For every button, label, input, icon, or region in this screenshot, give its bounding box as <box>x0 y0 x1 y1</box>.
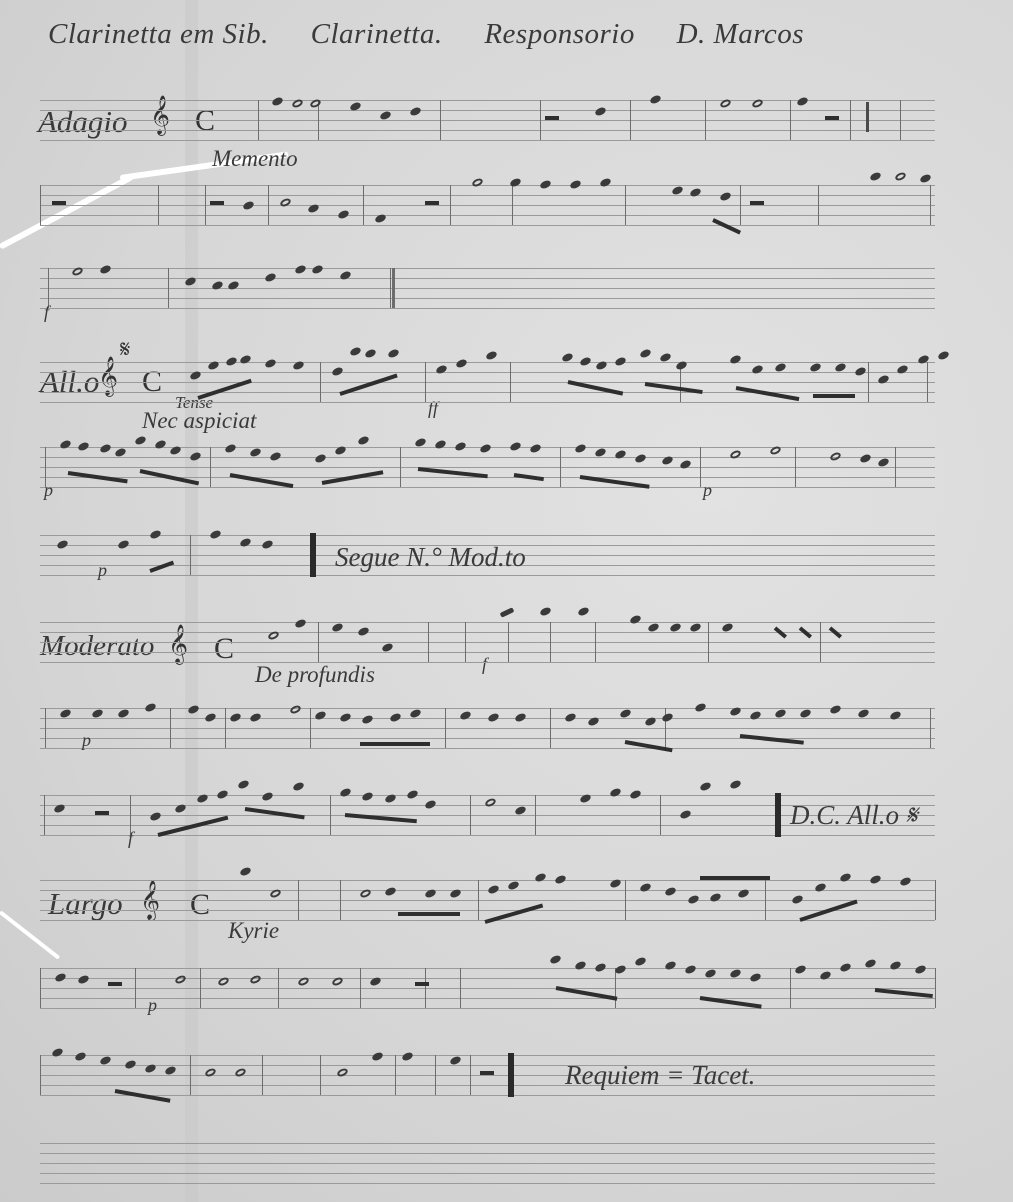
staff-10 <box>40 880 935 920</box>
staff-11 <box>40 968 935 1008</box>
instrument-label: Clarinetta em Sib. <box>48 18 269 50</box>
dynamic-piano: p <box>44 480 53 501</box>
staff-13-blank <box>40 1143 935 1183</box>
staff-12 <box>40 1055 935 1095</box>
text-cue-memento: Memento <box>212 146 298 172</box>
staff-2 <box>40 185 935 225</box>
staff-7 <box>40 622 935 662</box>
text-cue-nec-aspiciat: Nec aspiciat <box>142 408 256 434</box>
text-cue-kyrie: Kyrie <box>228 918 279 944</box>
direction-requiem-tacet: Requiem = Tacet. <box>565 1060 755 1091</box>
work-title: Responsorio <box>484 18 635 50</box>
title-line: Clarinetta em Sib. Clarinetta. Responsor… <box>48 18 838 51</box>
text-cue-de-profundis: De profundis <box>255 662 375 688</box>
staff-5 <box>40 447 935 487</box>
manuscript-page <box>0 0 1013 1202</box>
dynamic-piano: p <box>148 995 157 1016</box>
composer: D. Marcos <box>677 18 804 50</box>
dynamic-piano: p <box>98 560 107 581</box>
dynamic-piano: p <box>82 730 91 751</box>
segno-icon: 𝄋 <box>120 335 130 363</box>
instrument-name: Clarinetta. <box>311 18 443 50</box>
staff-3 <box>40 268 935 308</box>
dynamic-forte: f <box>128 828 133 849</box>
dynamic-piano: p <box>703 480 712 501</box>
staff-1 <box>40 100 935 140</box>
direction-segue: Segue N.° Mod.to <box>335 542 526 573</box>
staff-8 <box>40 708 935 748</box>
dynamic-forte: f <box>44 302 49 323</box>
staff-4 <box>40 362 935 402</box>
direction-da-capo: D.C. All.o 𝄋 <box>790 800 917 832</box>
